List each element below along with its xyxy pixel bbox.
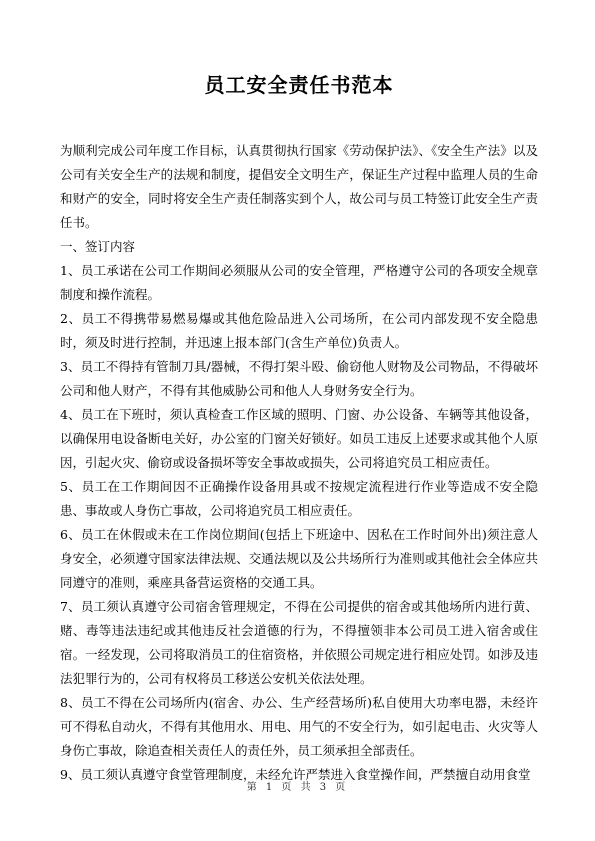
safety-item: 5、员工在工作期间因不正确操作设备用具或不按规定流程进行作业等造成不安全隐患、事… (60, 475, 538, 523)
document-page: 员工安全责任书范本 为顺利完成公司年度工作目标，认真贯彻执行国家《劳动保护法》、… (0, 0, 595, 841)
intro-paragraph: 为顺利完成公司年度工作目标，认真贯彻执行国家《劳动保护法》、《安全生产法》以及公… (60, 139, 538, 235)
document-title: 员工安全责任书范本 (60, 70, 538, 100)
safety-item: 3、员工不得持有管制刀具/器械，不得打架斗殴、偷窃他人财物及公司物品，不得破坏公… (60, 355, 538, 403)
document-body: 为顺利完成公司年度工作目标，认真贯彻执行国家《劳动保护法》、《安全生产法》以及公… (60, 139, 538, 787)
page-number-footer: 第 1 页 共 3 页 (0, 778, 595, 793)
safety-item: 2、员工不得携带易燃易爆或其他危险品进入公司场所，在公司内部发现不安全隐患时，须… (60, 307, 538, 355)
safety-item: 4、员工在下班时，须认真检查工作区域的照明、门窗、办公设备、车辆等其他设备，以确… (60, 403, 538, 475)
section-heading: 一、签订内容 (60, 235, 538, 259)
safety-item: 6、员工在休假或未在工作岗位期间(包括上下班途中、因私在工作时间外出)须注意人身… (60, 523, 538, 595)
items-list: 1、员工承诺在公司工作期间必须服从公司的安全管理，严格遵守公司的各项安全规章制度… (60, 259, 538, 787)
safety-item: 1、员工承诺在公司工作期间必须服从公司的安全管理，严格遵守公司的各项安全规章制度… (60, 259, 538, 307)
safety-item: 8、员工不得在公司场所内(宿舍、办公、生产经营场所)私自使用大功率电器，未经许可… (60, 691, 538, 763)
safety-item: 7、员工须认真遵守公司宿舍管理规定，不得在公司提供的宿舍或其他场所内进行黄、赌、… (60, 595, 538, 691)
